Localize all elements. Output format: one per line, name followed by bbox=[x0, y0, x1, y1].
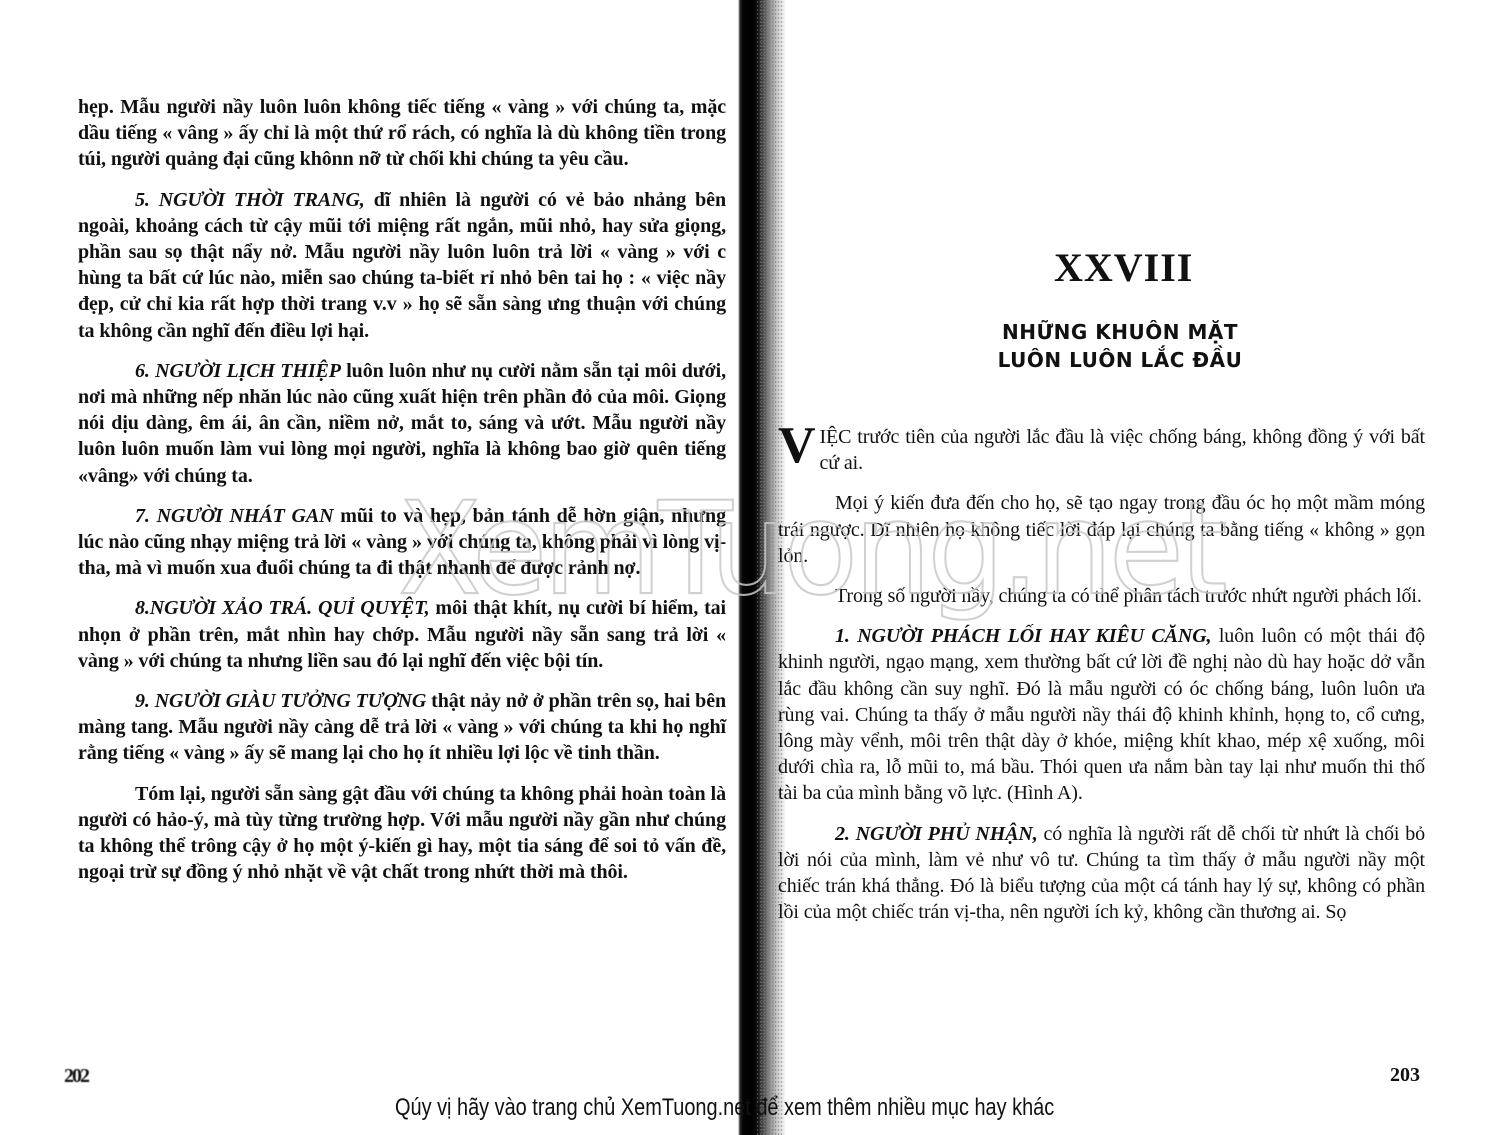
paragraph-text: Tóm lại, người sẵn sàng gật đầu với chún… bbox=[78, 783, 726, 884]
chapter-title-line-2: LUÔN LUÔN LẮC ĐẦU bbox=[990, 346, 1250, 374]
item-8-paragraph: 8.NGƯỜI XẢO TRÁ. QUỈ QUYỆT, môi thật khí… bbox=[78, 595, 726, 674]
right-page-text: VIỆC trước tiên của người lắc đầu là việ… bbox=[778, 424, 1425, 939]
drop-cap: V bbox=[778, 426, 815, 466]
chapter-title-line-1: NHỮNG KHUÔN MẶT bbox=[990, 318, 1250, 346]
paragraph: Mọi ý kiến đưa đến cho họ, sẽ tạo ngay t… bbox=[778, 490, 1425, 569]
footer-note: Qúy vị hãy vào trang chủ XemTuong.net để… bbox=[395, 1094, 993, 1122]
paragraph-text: luôn luôn có một thái độ khinh người, ng… bbox=[778, 625, 1425, 804]
opening-paragraph: VIỆC trước tiên của người lắc đầu là việ… bbox=[778, 424, 1425, 476]
summary-paragraph: Tóm lại, người sẵn sàng gật đầu với chún… bbox=[78, 781, 726, 886]
item-title: 7. NGƯỜI NHÁT GAN bbox=[135, 505, 333, 527]
paragraph: hẹp. Mẫu người nầy luôn luôn không tiếc … bbox=[78, 94, 726, 173]
item-title: 5. NGƯỜI THỜI TRANG, bbox=[135, 189, 365, 211]
chapter-title: NHỮNG KHUÔN MẶT LUÔN LUÔN LẮC ĐẦU bbox=[990, 318, 1250, 374]
item-7-paragraph: 7. NGƯỜI NHÁT GAN mũi to và hẹp, bản tán… bbox=[78, 503, 726, 582]
item-1-paragraph: 1. NGƯỜI PHÁCH LỐI HAY KIÊU CĂNG, luôn l… bbox=[778, 623, 1425, 806]
paragraph-text: hẹp. Mẫu người nầy luôn luôn không tiếc … bbox=[78, 96, 726, 170]
item-title: 8.NGƯỜI XẢO TRÁ. QUỈ QUYỆT, bbox=[135, 597, 429, 619]
item-6-paragraph: 6. NGƯỜI LỊCH THIỆP luôn luôn như nụ cườ… bbox=[78, 358, 726, 489]
item-title: 2. NGƯỜI PHỦ NHẬN, bbox=[835, 823, 1038, 845]
paragraph: Trong số người nầy, chúng ta có thể phân… bbox=[778, 583, 1425, 609]
paragraph-text: Mọi ý kiến đưa đến cho họ, sẽ tạo ngay t… bbox=[778, 492, 1425, 566]
paragraph-text: Trong số người nầy, chúng ta có thể phân… bbox=[835, 585, 1422, 607]
left-page-text: hẹp. Mẫu người nầy luôn luôn không tiếc … bbox=[78, 94, 726, 899]
item-9-paragraph: 9. NGƯỜI GIÀU TƯỞNG TƯỢNG thật nảy nở ở … bbox=[78, 688, 726, 767]
item-title: 6. NGƯỜI LỊCH THIỆP bbox=[135, 360, 341, 382]
left-page: hẹp. Mẫu người nầy luôn luôn không tiếc … bbox=[0, 0, 742, 1135]
item-title: 1. NGƯỜI PHÁCH LỐI HAY KIÊU CĂNG, bbox=[835, 625, 1211, 647]
page-number: 202 bbox=[64, 1065, 88, 1088]
page-number: 203 bbox=[1390, 1064, 1420, 1087]
paragraph-text: dĩ nhiên là người có vẻ bảo nhảng bên ng… bbox=[78, 189, 726, 342]
chapter-number: XXVIII bbox=[1054, 244, 1174, 291]
item-5-paragraph: 5. NGƯỜI THỜI TRANG, dĩ nhiên là người c… bbox=[78, 187, 726, 344]
item-title: 9. NGƯỜI GIÀU TƯỞNG TƯỢNG bbox=[135, 690, 426, 712]
paragraph-text: IỆC trước tiên của người lắc đầu là việc… bbox=[819, 426, 1425, 474]
item-2-paragraph: 2. NGƯỜI PHỦ NHẬN, có nghĩa là người rất… bbox=[778, 821, 1425, 926]
